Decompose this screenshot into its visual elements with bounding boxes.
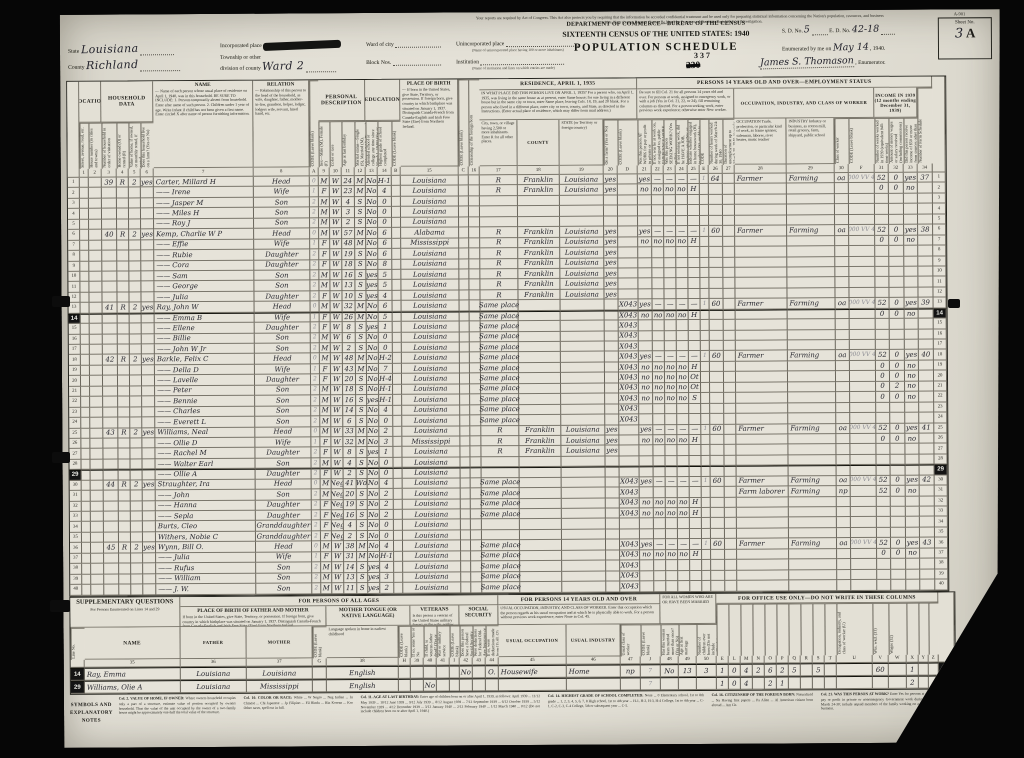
cell-e22 [652, 279, 664, 290]
cell-hn [89, 198, 102, 209]
cell-st [81, 303, 90, 313]
cell-lnr: 18 [934, 350, 947, 361]
cell-cf [850, 319, 876, 330]
cell-bp: Louisiana [402, 301, 460, 312]
cell-occ [735, 288, 787, 299]
cell-sex: F [319, 239, 330, 250]
cell-lnr: 3 [933, 193, 946, 204]
cell-hrs [711, 518, 725, 529]
cell-w21 [640, 529, 654, 540]
cell-name: —— Julia [154, 292, 254, 303]
cell-hrs [711, 560, 725, 571]
supp-veterans-group: VETERANSIs this person a veteran of the … [410, 605, 459, 625]
cell-wk [877, 559, 891, 570]
cell-e22: no [652, 185, 664, 196]
cell-or [117, 188, 129, 199]
cell-e24 [678, 466, 690, 477]
cell-name: —— George [154, 281, 254, 292]
cell-cls [837, 497, 851, 508]
cell-h [102, 198, 117, 209]
cell-lnl: 15 [69, 324, 81, 335]
cell-f35 [605, 300, 619, 311]
cell-h [103, 365, 118, 376]
cell-sch: yes [366, 280, 378, 291]
cell-cf [849, 204, 875, 215]
cell-cit [469, 269, 480, 280]
cell-cc [461, 562, 471, 572]
cell-cf: 000 VV 4 [850, 298, 876, 309]
cell-co [519, 415, 561, 426]
cell-hrs: 60 [710, 299, 724, 310]
supp-cell-m50 [697, 677, 717, 690]
cell-sex: M [321, 542, 332, 553]
cell-f35 [605, 352, 619, 363]
supp-cell-so: Housewife [499, 665, 567, 678]
cell-e24 [677, 414, 689, 425]
cell-cls [835, 215, 849, 226]
cell-ra: 0 [311, 302, 320, 312]
supp-column-number: S [813, 655, 825, 663]
cell-wg [889, 204, 904, 215]
cell-co: Franklin [518, 175, 560, 186]
cell-or [117, 198, 129, 209]
supp-column-number: 48 [661, 656, 679, 664]
cell-age: 4 [343, 458, 356, 469]
cell-age: 14 [343, 406, 356, 417]
cell-st [81, 407, 90, 417]
cell-ra: 1 [311, 312, 320, 322]
cell-name: —— Sepla [156, 511, 256, 522]
cell-ind: Farming [787, 173, 835, 184]
cell-sex: M [320, 427, 331, 438]
cell-age: 38 [344, 541, 357, 552]
cell-fm [141, 198, 154, 209]
cell-st [80, 209, 89, 219]
supp-column-number: I [450, 657, 460, 665]
cell-wk [875, 194, 889, 205]
supp-lineno-label: Line No. [71, 628, 85, 660]
cell-wg [889, 246, 904, 257]
cell-val [130, 313, 142, 324]
supp-office-u: Occupation, industry, and class of worke… [836, 603, 872, 655]
cell-fn [919, 392, 934, 403]
cell-ra: 2 [310, 249, 319, 259]
cell-mar: S [357, 531, 368, 542]
cell-e25 [689, 445, 701, 456]
cell-e23: — [664, 174, 676, 185]
cell-bp: Louisiana [402, 457, 460, 468]
cell-e23 [666, 581, 678, 592]
cell-rp: Same place [481, 405, 519, 416]
cell-occ [735, 278, 787, 289]
supp-cell-Wl [889, 676, 907, 689]
cell-h [102, 251, 117, 262]
cell-fn [919, 433, 934, 444]
cell-or [118, 407, 130, 418]
cell-cb [393, 322, 402, 332]
supplementary-questions-table: SUPPLEMENTARY QUESTIONSFor Persons Enume… [69, 591, 956, 694]
cell-ind [787, 204, 835, 215]
cell-cf [849, 194, 875, 205]
cell-cb [394, 552, 403, 562]
supp-cell-vi [450, 665, 460, 678]
cell-race: W [332, 562, 344, 573]
cell-hrs [709, 216, 723, 227]
cell-rel: Wife [256, 552, 312, 563]
cell-wg: 0 [890, 392, 905, 403]
header-emergency-work: If not, was he at work on, or assigned t… [651, 119, 663, 165]
cell-sex: F [321, 521, 332, 532]
cell-race: W [331, 343, 343, 354]
cell-rel: Daughter [254, 291, 310, 302]
cell-e25 [690, 571, 702, 582]
cell-name: —— Jasper M [154, 198, 254, 209]
cell-wk [876, 319, 890, 330]
cell-lnl: 20 [69, 376, 81, 387]
supp-ssn: Does this person have a Federal Social S… [460, 625, 473, 657]
cell-lnr: 16 [934, 329, 947, 340]
cell-mar: M [356, 437, 367, 448]
cell-lnr: 4 [933, 204, 946, 215]
cell-dur [724, 320, 736, 331]
enumerated-date: May 14 [833, 42, 869, 54]
cell-lnr: 40 [935, 580, 948, 591]
cell-val [129, 219, 141, 230]
cell-cit [469, 280, 480, 291]
cell-cb [392, 197, 401, 207]
cell-race: W [330, 249, 342, 260]
cell-h [104, 553, 119, 564]
cell-stt [561, 310, 605, 321]
cell-rp: R [480, 186, 518, 197]
cell-cd: X043 [620, 477, 640, 488]
cell-ce [702, 518, 711, 528]
cell-cf [850, 403, 876, 414]
cell-rp [482, 467, 520, 478]
cell-h: 44 [104, 480, 119, 491]
cell-dur [723, 257, 735, 268]
cell-or [118, 324, 130, 335]
ink-smudge [263, 40, 341, 51]
cell-e22 [654, 571, 666, 582]
cell-ind [789, 528, 837, 539]
supp-cell-sc [621, 677, 641, 690]
cell-rp: R [480, 259, 518, 270]
cell-e24 [676, 247, 688, 258]
cell-cc [461, 478, 471, 488]
cell-wg [891, 496, 906, 507]
header-grade: Highest grade of school completed [377, 121, 391, 167]
cell-w21 [639, 446, 653, 457]
cell-w21 [639, 320, 653, 331]
cell-lnr: 1 [933, 172, 946, 183]
cell-fn [920, 569, 935, 580]
cell-ind [787, 257, 835, 268]
cell-occ [737, 497, 789, 508]
supp-column-number: T [825, 655, 837, 663]
cell-occ [736, 320, 788, 331]
cell-lnl: 36 [70, 543, 82, 554]
cell-rp [482, 520, 520, 531]
cell-e23: — [665, 352, 677, 363]
cell-sch: No [367, 374, 379, 385]
cell-occ [736, 340, 788, 351]
supp-cell-O: 2 [765, 677, 777, 690]
cell-stt [561, 404, 605, 415]
cell-e23 [664, 278, 676, 289]
cell-rel: Son [256, 573, 312, 584]
column-number-15: 15 [401, 166, 459, 175]
cell-cls [836, 455, 850, 466]
cell-e23 [665, 320, 677, 331]
supp-social-group: SOCIAL SECURITY [459, 605, 498, 625]
cell-h: 42 [103, 355, 118, 366]
cell-h [102, 219, 117, 230]
cell-wk [875, 288, 889, 299]
cell-e24 [677, 341, 689, 352]
cell-sex: F [319, 187, 330, 198]
supp-lineno-right [938, 592, 954, 662]
cell-e25 [690, 518, 702, 529]
cell-e22: no [653, 362, 665, 373]
cell-cd [619, 435, 639, 446]
cell-stt [562, 519, 606, 530]
cell-wg: 0 [891, 538, 906, 549]
cell-lnl: 14 [69, 313, 81, 324]
cell-e22 [652, 268, 664, 279]
cell-hn [90, 449, 103, 460]
cell-cb [394, 583, 403, 593]
cell-stt [562, 477, 606, 488]
supp-cell-sname: Williams, Olie A [85, 680, 181, 694]
cell-bp: Louisiana [402, 363, 460, 374]
cell-fm [141, 271, 154, 282]
cell-st [81, 345, 90, 355]
cell-dur [725, 581, 737, 592]
cell-fn: 38 [918, 225, 933, 236]
cell-age: 13 [342, 280, 355, 291]
cell-e22 [653, 341, 665, 352]
cell-occ [735, 194, 787, 205]
cell-mar: S [356, 458, 367, 469]
supp-cell-v39 [411, 666, 424, 679]
cell-hrs [709, 268, 723, 279]
cell-age: 32 [343, 437, 356, 448]
cell-f35 [606, 561, 620, 572]
cell-e23 [665, 414, 677, 425]
cell-wg: 0 [889, 183, 904, 194]
supp-column-number: W [889, 655, 907, 663]
supp-column-number: Z [929, 655, 939, 663]
cell-bp: Alabama [401, 228, 459, 239]
cell-oi [904, 214, 918, 225]
column-number-A: A [310, 167, 319, 176]
cell-rel: Head [254, 229, 310, 240]
sd-ed-fields: S. D. No. 5 E. D. No. 42-18 [782, 24, 895, 36]
cell-race: Neg [332, 500, 344, 511]
cell-fn [919, 381, 934, 392]
cell-e25 [688, 195, 700, 206]
cell-or: R [119, 480, 131, 491]
cell-stt [560, 216, 604, 227]
cell-cb [393, 458, 402, 468]
cell-rel: Son [255, 416, 311, 427]
cell-age: 33 [343, 427, 356, 438]
cell-name: —— Effie [154, 239, 254, 250]
cell-ce: 1 [701, 299, 710, 309]
cell-h [102, 271, 117, 282]
supp-cell-s42 [460, 678, 473, 691]
cell-stt [562, 529, 606, 540]
cell-race: W [330, 260, 342, 271]
cell-ce [700, 195, 709, 205]
cell-cd [618, 279, 638, 290]
cell-rp: Same place [482, 540, 520, 551]
cell-mar: S [356, 374, 367, 385]
cell-occ [735, 267, 787, 278]
supp-office-w: Wages (32) [888, 603, 906, 655]
cell-h [103, 438, 118, 449]
cell-cf [849, 267, 875, 278]
cell-f35 [605, 321, 619, 332]
cell-sch: No [366, 218, 378, 229]
cell-f35 [604, 195, 618, 206]
cell-stt [562, 467, 606, 478]
header-county: COUNTY [517, 120, 559, 166]
cell-name: —— John [156, 490, 256, 501]
cell-bp: Louisiana [402, 342, 460, 353]
cell-rp: R [481, 436, 519, 447]
cell-cf [849, 256, 875, 267]
cell-rel: Son [256, 583, 312, 594]
cell-lnr: 11 [933, 277, 946, 288]
cell-cb [393, 447, 402, 457]
supp-cell-P: 2 [777, 663, 789, 676]
state-field: State Louisiana [68, 42, 174, 56]
cell-occ [736, 361, 788, 372]
cell-stt: Louisiana [560, 289, 604, 300]
cell-rp: Same place [482, 551, 520, 562]
cell-st [82, 553, 91, 563]
cell-race: W [330, 197, 342, 208]
cell-e22: no [653, 373, 665, 384]
cell-wk [876, 340, 890, 351]
cell-sex: F [321, 552, 332, 563]
supp-tongue-note: Language spoken in home in earliest chil… [327, 626, 399, 658]
cell-mar: M [355, 228, 366, 239]
cell-w21 [639, 404, 653, 415]
cell-cc [460, 384, 470, 394]
cell-sch: No [366, 259, 378, 270]
supp-cell-si [567, 677, 621, 690]
cell-oi [904, 267, 918, 278]
cell-sch: No [367, 343, 379, 354]
cell-race: W [330, 270, 342, 281]
cell-lnl: 29 [70, 470, 82, 481]
cell-wg: 0 [890, 298, 905, 309]
cell-lnl: 11 [68, 282, 80, 293]
cell-e22 [653, 446, 665, 457]
cell-mar: M [355, 239, 366, 250]
cell-e25 [690, 560, 702, 571]
cell-st [82, 574, 91, 584]
cell-oi [904, 204, 918, 215]
cell-cb [392, 270, 401, 280]
cell-hn [89, 230, 102, 241]
cell-bp: Louisiana [401, 259, 459, 270]
cell-cb [394, 562, 403, 572]
cell-e24 [678, 560, 690, 571]
supp-column-number: X [907, 655, 919, 663]
cell-or [119, 553, 131, 564]
cell-cf [849, 277, 875, 288]
cell-lnl: 33 [70, 512, 82, 523]
cell-cit [469, 196, 480, 207]
cell-cb [392, 228, 401, 238]
department-title: DEPARTMENT OF COMMERCE—BUREAU OF THE CEN… [538, 21, 774, 28]
cell-cls [837, 549, 851, 560]
cell-dur [725, 476, 737, 487]
cell-name: —— Emma B [155, 312, 255, 323]
cell-hrs [710, 414, 724, 425]
cell-e22 [652, 216, 664, 227]
cell-fn [920, 465, 935, 476]
cell-cf [850, 413, 876, 424]
cell-hrs: 60 [710, 351, 724, 362]
cell-ce [702, 550, 711, 560]
cell-fm [141, 240, 154, 251]
cell-stt [561, 394, 605, 405]
cell-stt [561, 373, 605, 384]
cell-cd: X043 [620, 571, 640, 582]
cell-e25: — [690, 477, 702, 488]
cell-e24 [678, 571, 690, 582]
cell-sex: F [320, 364, 331, 375]
cell-cc [461, 551, 471, 561]
cell-ind: Farming [787, 225, 835, 236]
header-house-number: House number (in cities and towns) [88, 123, 101, 169]
header-farm-1935: On a farm? (Yes or No) [603, 119, 617, 165]
cell-gr: 6 [378, 249, 392, 260]
cell-oi [906, 517, 920, 528]
cell-h: 41 [103, 303, 118, 314]
cell-name: —— Rachel M [155, 448, 255, 459]
cell-e24: no [678, 498, 690, 509]
header-other-income: Did this person receive income of $50 or… [903, 118, 917, 164]
cell-mar: S [357, 500, 368, 511]
cell-e24: no [677, 393, 689, 404]
header-seeking-work: Was this person SEEKING WORK? (Yes or No… [663, 119, 675, 165]
cell-hn [90, 397, 103, 408]
cell-st [82, 533, 91, 543]
supp-column-number: U [837, 655, 873, 663]
supp-title-box: SUPPLEMENTARY QUESTIONSFor Persons Enume… [70, 597, 180, 628]
cell-cc [460, 332, 470, 342]
cell-sch: No [366, 186, 378, 197]
township-label-2: division of county [220, 66, 261, 72]
cell-hn [90, 355, 103, 366]
cell-cb [393, 301, 402, 311]
cell-occ [736, 309, 788, 320]
cell-hn [90, 324, 103, 335]
cell-mar: S [356, 447, 367, 458]
cell-wg [889, 214, 904, 225]
cell-f35 [605, 383, 619, 394]
supp-cell-Nn: 2 [753, 664, 765, 677]
cell-rp: R [481, 426, 519, 437]
cell-lnr: 23 [934, 402, 947, 413]
cell-cb [393, 395, 402, 405]
